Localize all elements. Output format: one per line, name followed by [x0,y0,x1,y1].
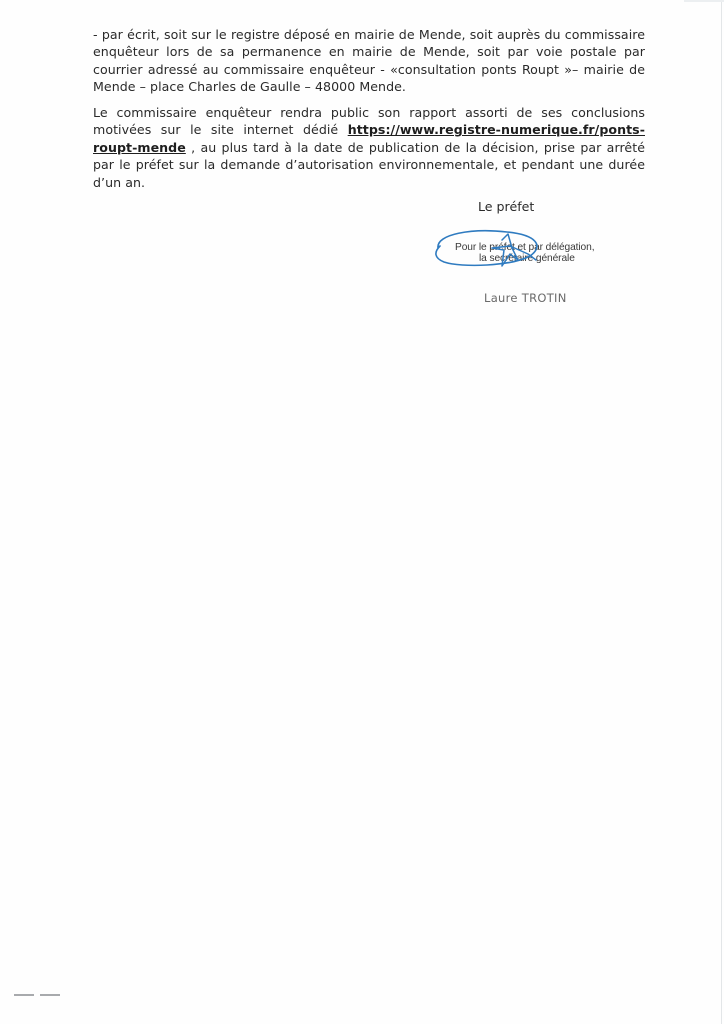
paragraph-submission-methods: - par écrit, soit sur le registre déposé… [93,26,645,96]
document-page: - par écrit, soit sur le registre déposé… [0,0,724,1024]
footer-dash [40,994,60,996]
signer-name: Laure TROTIN [484,291,567,305]
stamp-line-2: la secrétaire générale [455,253,594,264]
scan-footer-marks [14,994,60,996]
footer-dash [14,994,34,996]
signature-title: Le préfet [478,199,534,214]
stamp-line-1: Pour le préfet et par délégation, [455,242,594,253]
scan-top-line [684,0,724,2]
delegation-stamp: Pour le préfet et par délégation, la sec… [455,242,594,264]
paragraph-report-publication: Le commissaire enquêteur rendra public s… [93,104,645,191]
scan-edge-line [721,0,722,1024]
